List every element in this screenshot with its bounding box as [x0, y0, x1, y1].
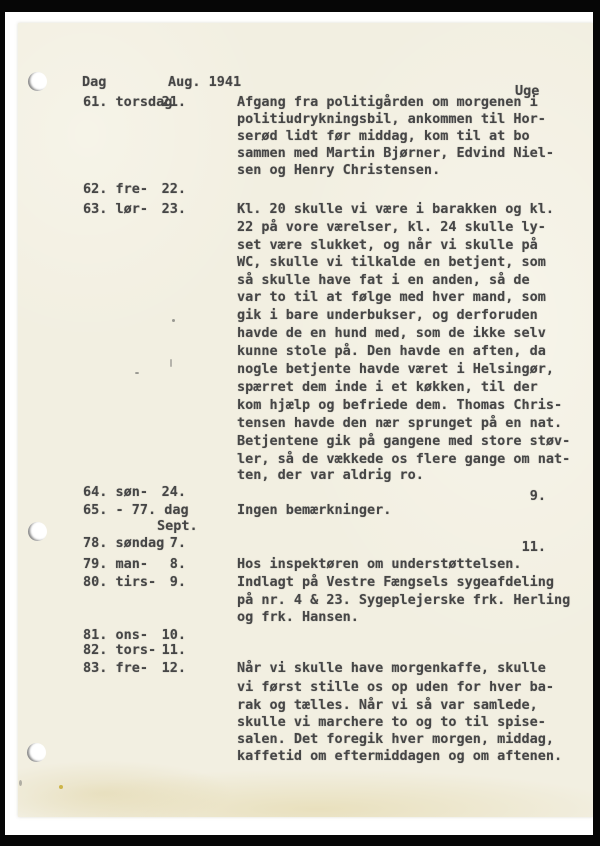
diary-line: 78. søndag7.11. — [18, 535, 593, 552]
entry-day-label: 65. - 77. dag — [83, 502, 189, 519]
entry-text: set være slukket, og når vi skulle på — [237, 237, 538, 254]
entry-date-number: 22. — [138, 181, 186, 198]
diary-line: og frk. Hansen. — [18, 609, 593, 626]
diary-line: kaffetid om eftermiddagen og om aftenen. — [18, 748, 593, 765]
entry-text: skulle vi marchere to og to til spise- — [237, 714, 546, 731]
entry-text: serød lidt før middag, kom til at bo — [237, 128, 530, 145]
paper-speck — [170, 359, 172, 367]
diary-line: 79. man-8.Hos inspektøren om understøtte… — [18, 556, 593, 573]
month-year-heading: Aug. 1941 — [168, 74, 241, 91]
entry-date-number: 11. — [138, 642, 186, 659]
diary-line: ler, så de vækkede os flere gange om nat… — [18, 451, 593, 468]
entry-text: var to til at følge med hver mand, som — [237, 289, 546, 306]
diary-line: kom hjælp og befriede dem. Thomas Chris- — [18, 397, 593, 414]
entry-text: sen og Henry Christensen. — [237, 162, 440, 179]
diary-line: serød lidt før middag, kom til at bo — [18, 128, 593, 145]
punch-hole-bottom — [27, 743, 46, 762]
entry-text: spærret dem inde i et køkken, til der — [237, 379, 538, 396]
diary-line: var to til at følge med hver mand, som — [18, 289, 593, 306]
entry-text: havde de en hund med, som de ikke selv — [237, 325, 546, 342]
diary-line: politiudrykningsbil, ankommen til Hor- — [18, 111, 593, 128]
entry-text: ler, så de vækkede os flere gange om nat… — [237, 451, 570, 468]
diary-line: 64. søn-24.9. — [18, 484, 593, 501]
entry-date-number: 12. — [138, 660, 186, 677]
diary-line: 61. torsdag21.Afgang fra politigården om… — [18, 94, 593, 111]
diary-line: ten, der var aldrig ro. — [18, 467, 593, 484]
diary-line: så skulle have fat i en anden, så de — [18, 272, 593, 289]
diary-line: rak og tælles. Når vi så var samlede, — [18, 697, 593, 714]
diary-line: 63. lør-23.Kl. 20 skulle vi være i barak… — [18, 201, 593, 218]
entry-text: tensen havde den nær sprunget på en nat. — [237, 415, 562, 432]
entry-text: rak og tælles. Når vi så var samlede, — [237, 697, 538, 714]
entry-text: vi først stille os op uden for hver ba- — [237, 679, 554, 696]
entry-text: Når vi skulle have morgenkaffe, skulle — [237, 660, 546, 677]
entry-text: nogle betjente havde været i Helsingør, — [237, 361, 554, 378]
diary-line: 22 på vore værelser, kl. 24 skulle ly- — [18, 219, 593, 236]
entry-text: Ingen bemærkninger. — [237, 502, 391, 519]
diary-line: kunne stole på. Den havde en aften, da — [18, 343, 593, 360]
diary-line: 62. fre-22. — [18, 181, 593, 198]
entry-text: ten, der var aldrig ro. — [237, 467, 424, 484]
entry-date-number: 9. — [138, 574, 186, 591]
entry-text: så skulle have fat i en anden, så de — [237, 272, 530, 289]
diary-line: på nr. 4 & 23. Sygeplejerske frk. Herlin… — [18, 592, 593, 609]
diary-line: Betjentene gik på gangene med store støv… — [18, 433, 593, 450]
paper-sheet: Dag Aug. 1941 Uge 61. torsdag21.Afgang f… — [18, 23, 593, 817]
entry-text: og frk. Hansen. — [237, 609, 359, 626]
paper-speck — [59, 785, 63, 789]
diary-line: havde de en hund med, som de ikke selv — [18, 325, 593, 342]
diary-line: 83. fre-12.Når vi skulle have morgenkaff… — [18, 660, 593, 677]
entry-date-number: 23. — [138, 201, 186, 218]
diary-line: salen. Det foregik hver morgen, middag, — [18, 731, 593, 748]
entry-text: gik i bare underbukser, og derforuden — [237, 307, 538, 324]
diary-line: 82. tors-11. — [18, 642, 593, 659]
entry-date-number: 7. — [138, 535, 186, 552]
entry-text: Indlagt på Vestre Fængsels sygeafdeling — [237, 574, 554, 591]
entry-text: kunne stole på. Den havde en aften, da — [237, 343, 546, 360]
month-heading: Sept. — [157, 518, 198, 535]
paper-speck — [135, 372, 139, 374]
entry-text: politiudrykningsbil, ankommen til Hor- — [237, 111, 546, 128]
diary-line: 80. tirs-9.Indlagt på Vestre Fængsels sy… — [18, 574, 593, 591]
punch-hole-top — [28, 72, 47, 91]
entry-text: Betjentene gik på gangene med store støv… — [237, 433, 570, 450]
diary-line: vi først stille os op uden for hver ba- — [18, 679, 593, 696]
entry-text: Afgang fra politigården om morgenen i — [237, 94, 538, 111]
week-number: 11. — [496, 539, 546, 556]
punch-hole-middle — [28, 522, 47, 541]
entry-text: 22 på vore værelser, kl. 24 skulle ly- — [237, 219, 546, 236]
paper-speck — [172, 319, 175, 322]
entry-text: kom hjælp og befriede dem. Thomas Chris- — [237, 397, 562, 414]
entry-text: kaffetid om eftermiddagen og om aftenen. — [237, 748, 562, 765]
diary-line: set være slukket, og når vi skulle på — [18, 237, 593, 254]
scanned-document-view: Dag Aug. 1941 Uge 61. torsdag21.Afgang f… — [0, 0, 600, 846]
diary-line: nogle betjente havde været i Helsingør, — [18, 361, 593, 378]
entry-text: Kl. 20 skulle vi være i barakken og kl. — [237, 201, 554, 218]
paper-speck — [19, 780, 22, 786]
diary-line: 65. - 77. dagIngen bemærkninger. — [18, 502, 593, 519]
diary-line: WC, skulle vi tilkalde en betjent, som — [18, 254, 593, 271]
diary-line: skulle vi marchere to og to til spise- — [18, 714, 593, 731]
entry-date-number: 8. — [138, 556, 186, 573]
entry-text: sammen med Martin Bjørner, Edvind Niel- — [237, 145, 554, 162]
entry-date-number: 21. — [138, 94, 186, 111]
diary-line: Sept. — [18, 518, 593, 535]
entry-text: salen. Det foregik hver morgen, middag, — [237, 731, 554, 748]
entry-text: WC, skulle vi tilkalde en betjent, som — [237, 254, 546, 271]
diary-line: sen og Henry Christensen. — [18, 162, 593, 179]
column-header-dag: Dag — [82, 74, 106, 91]
entry-text: på nr. 4 & 23. Sygeplejerske frk. Herlin… — [237, 592, 570, 609]
diary-line: spærret dem inde i et køkken, til der — [18, 379, 593, 396]
diary-line: sammen med Martin Bjørner, Edvind Niel- — [18, 145, 593, 162]
entry-date-number: 24. — [138, 484, 186, 501]
entry-text: Hos inspektøren om understøttelsen. — [237, 556, 521, 573]
diary-line: tensen havde den nær sprunget på en nat. — [18, 415, 593, 432]
diary-line: gik i bare underbukser, og derforuden — [18, 307, 593, 324]
